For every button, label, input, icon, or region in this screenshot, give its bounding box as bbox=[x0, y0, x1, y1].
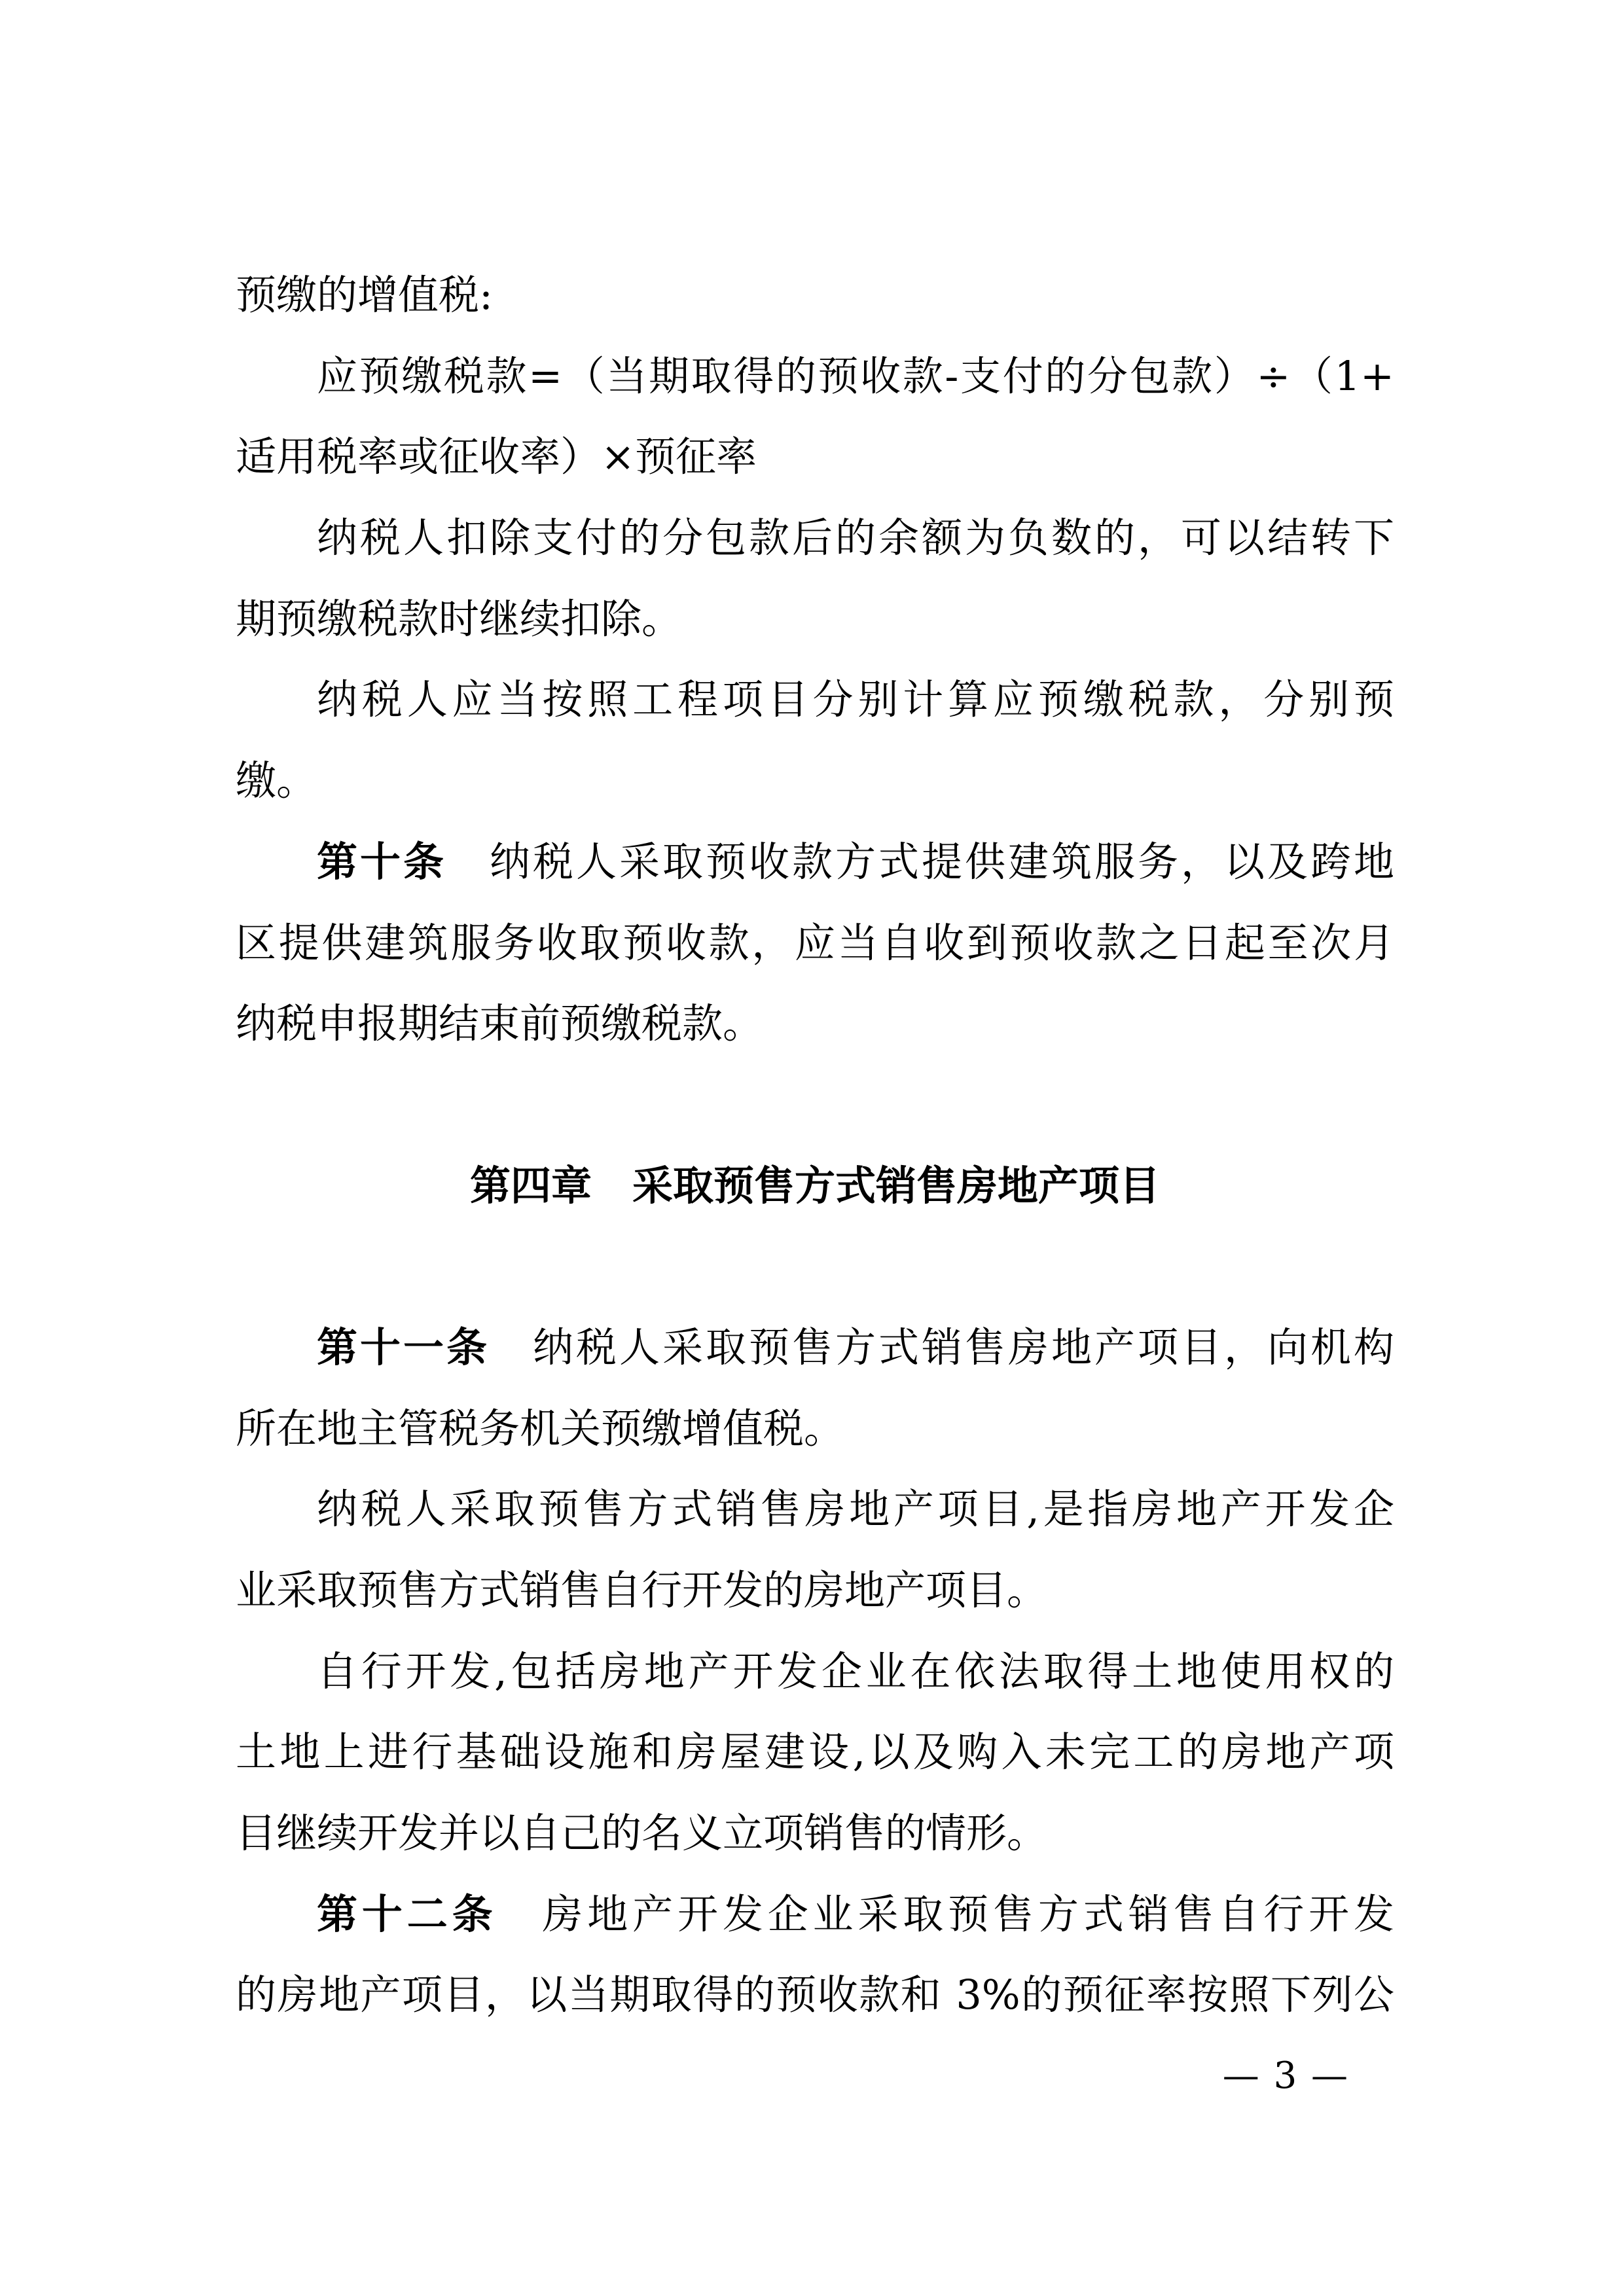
text-line: 预缴的增值税: bbox=[236, 255, 1394, 336]
text-line: 纳税人应当按照工程项目分别计算应预缴税款，分别预 bbox=[236, 659, 1394, 740]
text-line: 期预缴税款时继续扣除。 bbox=[236, 579, 1394, 660]
article-10-line: 第十条 纳税人采取预收款方式提供建筑服务，以及跨地 bbox=[236, 821, 1394, 903]
page-number: — 3 — bbox=[1223, 2056, 1349, 2096]
document-body: 预缴的增值税: 应预缴税款=（当期取得的预收款-支付的分包款）÷（1+ 适用税率… bbox=[236, 255, 1394, 2036]
article-11-line: 第十一条 纳税人采取预售方式销售房地产项目，向机构 bbox=[236, 1307, 1394, 1388]
article-text: 房地产开发企业采取预售方式销售自行开发 bbox=[497, 1890, 1394, 1938]
text-line: 纳税申报期结束前预缴税款。 bbox=[236, 983, 1394, 1064]
text-line: 缴。 bbox=[236, 740, 1394, 821]
article-text: 纳税人采取预收款方式提供建筑服务，以及跨地 bbox=[446, 838, 1394, 886]
article-number: 第十条 bbox=[317, 838, 446, 886]
text-line: 纳税人扣除支付的分包款后的余额为负数的，可以结转下 bbox=[236, 497, 1394, 579]
formula-line: 应预缴税款=（当期取得的预收款-支付的分包款）÷（1+ bbox=[236, 336, 1394, 417]
article-number: 第十二条 bbox=[317, 1890, 497, 1938]
text-line: 目继续开发并以自己的名义立项销售的情形。 bbox=[236, 1793, 1394, 1874]
article-12-line: 第十二条 房地产开发企业采取预售方式销售自行开发 bbox=[236, 1874, 1394, 1955]
article-number: 第十一条 bbox=[317, 1323, 490, 1371]
chapter-heading: 第四章 采取预售方式销售房地产项目 bbox=[236, 1145, 1394, 1227]
text-line: 纳税人采取预售方式销售房地产项目,是指房地产开发企 bbox=[236, 1469, 1394, 1550]
text-line: 所在地主管税务机关预缴增值税。 bbox=[236, 1388, 1394, 1469]
document-page: 预缴的增值税: 应预缴税款=（当期取得的预收款-支付的分包款）÷（1+ 适用税率… bbox=[0, 0, 1624, 2296]
blank-line bbox=[236, 1226, 1394, 1307]
article-text: 纳税人采取预售方式销售房地产项目，向机构 bbox=[490, 1323, 1394, 1371]
formula-line: 适用税率或征收率）×预征率 bbox=[236, 416, 1394, 497]
text-line: 的房地产项目，以当期取得的预收款和 3%的预征率按照下列公 bbox=[236, 1954, 1394, 2036]
text-line: 自行开发,包括房地产开发企业在依法取得土地使用权的 bbox=[236, 1631, 1394, 1712]
text-line: 业采取预售方式销售自行开发的房地产项目。 bbox=[236, 1550, 1394, 1631]
blank-line bbox=[236, 1064, 1394, 1145]
text-line: 土地上进行基础设施和房屋建设,以及购入未完工的房地产项 bbox=[236, 1712, 1394, 1793]
text-line: 区提供建筑服务收取预收款，应当自收到预收款之日起至次月 bbox=[236, 903, 1394, 984]
